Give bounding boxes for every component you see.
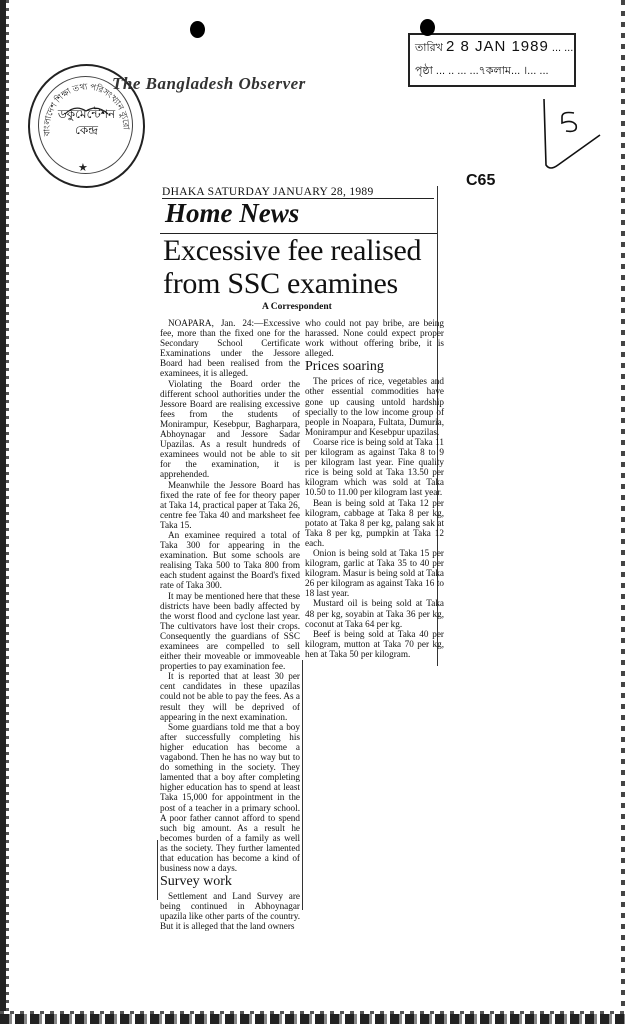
subhead-survey-work: Survey work <box>160 873 300 891</box>
paragraph: Violating the Board order the different … <box>160 379 300 480</box>
stamp-date-label: তারিখ <box>415 42 443 54</box>
paragraph: Beef is being sold at Taka 40 per kilogr… <box>305 629 444 659</box>
stamp-page-label: পৃষ্ঠা <box>415 65 433 77</box>
scan-edge-bottom <box>0 1014 625 1024</box>
paragraph: Coarse rice is being sold at Taka 11 per… <box>305 437 444 498</box>
article-headline: Excessive fee realised from SSC examines <box>163 234 421 300</box>
paragraph: Settlement and Land Survey are being con… <box>160 891 300 931</box>
punch-hole-left <box>190 21 205 38</box>
headline-line-2: from SSC examines <box>163 267 421 300</box>
paragraph: Mustard oil is being sold at Taka 48 per… <box>305 598 444 628</box>
stamp-date-dots: ... ... <box>552 42 573 54</box>
scan-edge-right <box>621 0 625 1024</box>
scan-edge-left-texture <box>6 0 9 1024</box>
seal-line2: কেন্দ্র <box>30 122 143 138</box>
paragraph: An examinee required a total of Taka 300… <box>160 530 300 591</box>
paragraph: Meanwhile the Jessore Board has fixed th… <box>160 480 300 530</box>
article-column-1: NOAPARA, Jan. 24:—Excessive fee, more th… <box>160 318 300 932</box>
paragraph: It is reported that at least 30 per cent… <box>160 671 300 721</box>
stamp-page-value: ... .. ... ...৭কলাম... ।... ... <box>436 65 549 77</box>
paragraph: Some guardians told me that a boy after … <box>160 722 300 873</box>
section-title: Home News <box>165 198 299 229</box>
paragraph: Onion is being sold at Taka 15 per kilog… <box>305 548 444 598</box>
clipping-edge-middle <box>302 660 303 910</box>
paragraph: The prices of rice, vegetables and other… <box>305 376 444 437</box>
newspaper-masthead: The Bangladesh Observer <box>112 74 306 94</box>
subhead-prices-soaring: Prices soaring <box>305 358 444 376</box>
handwritten-five-mark <box>540 95 602 177</box>
archive-code: C65 <box>466 172 495 190</box>
stamp-date-value: 2 8 JAN 1989 <box>446 38 549 55</box>
article-column-2: who could not pay bribe, are being haras… <box>305 318 444 659</box>
seal-center-text: ডকুমেন্টেশন কেন্দ্র <box>30 106 143 138</box>
clipping-edge-left <box>157 840 158 900</box>
svg-text:★: ★ <box>78 162 88 174</box>
headline-line-1: Excessive fee realised <box>163 234 421 267</box>
paragraph: who could not pay bribe, are being haras… <box>305 318 444 358</box>
byline: A Correspondent <box>262 302 332 312</box>
paragraph: It may be mentioned here that these dist… <box>160 591 300 672</box>
paragraph: Bean is being sold at Taka 12 per kilogr… <box>305 498 444 548</box>
date-page-stamp: তারিখ 2 8 JAN 1989 ... ... পৃষ্ঠা ... ..… <box>408 33 576 87</box>
seal-line1: ডকুমেন্টেশন <box>30 106 143 122</box>
paragraph: NOAPARA, Jan. 24:—Excessive fee, more th… <box>160 318 300 379</box>
punch-hole-right <box>420 19 435 36</box>
